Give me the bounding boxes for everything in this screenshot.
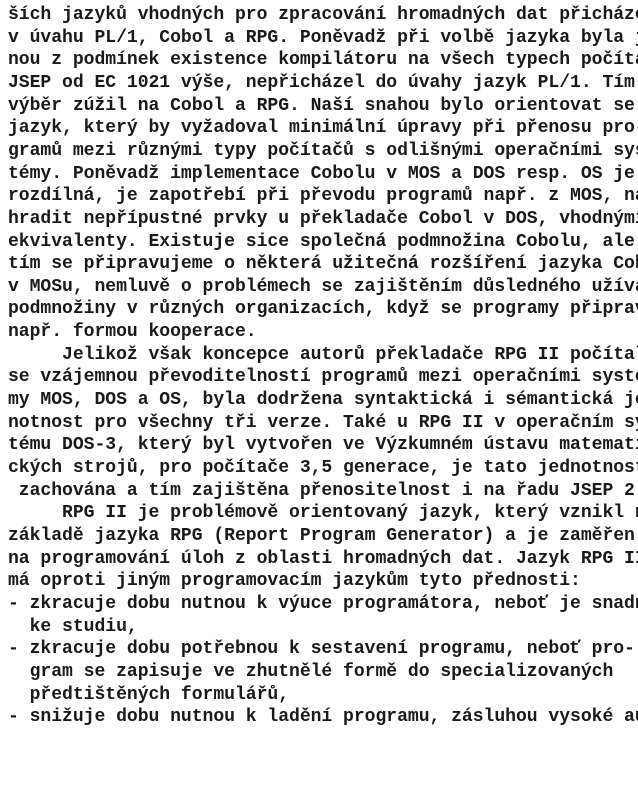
text-line: gramů mezi různými typy počítačů s odliš… (8, 140, 638, 162)
text-line: tím se připravujeme o některá užitečná r… (8, 253, 638, 275)
text-line: nou z podmínek existence kompilátoru na … (8, 49, 638, 71)
text-line: rozdílná, je zapotřebí při převodu progr… (8, 185, 638, 207)
text-line: na programování úloh z oblasti hromadnýc… (8, 548, 638, 570)
typewritten-page: ších jazyků vhodných pro zpracování hrom… (0, 0, 638, 795)
text-line: v MOSu, nemluvě o problémech se zajištěn… (8, 276, 638, 298)
text-line: zachována a tím zajištěna přenositelnost… (8, 480, 638, 502)
text-line: JSEP od EC 1021 výše, nepřicházel do úva… (8, 72, 638, 94)
text-line: v úvahu PL/1, Cobol a RPG. Poněvadž při … (8, 27, 638, 49)
list-line: předtištěných formulářů, (8, 684, 289, 706)
text-line: má oproti jiným programovacím jazykům ty… (8, 570, 581, 592)
list-line: ke studiu, (8, 616, 138, 638)
text-line: tému DOS-3, který byl vytvořen ve Výzkum… (8, 434, 638, 456)
text-line: RPG II je problémově orientovaný jazyk, … (8, 502, 638, 524)
text-line: podmnožiny v různých organizacích, když … (8, 298, 638, 320)
text-line: výběr zúžil na Cobol a RPG. Naší snahou … (8, 95, 638, 117)
list-line: gram se zapisuje ve zhutnělé formě do sp… (8, 661, 613, 683)
text-line: se vzájemnou převoditelností programů me… (8, 366, 638, 388)
text-line: hradit nepřípustné prvky u překladače Co… (8, 208, 638, 230)
text-line: my MOS, DOS a OS, byla dodržena syntakti… (8, 389, 638, 411)
text-line: témy. Poněvadž implementace Cobolu v MOS… (8, 163, 635, 185)
text-line: např. formou kooperace. (8, 321, 257, 343)
text-line: Jelikož však koncepce autorů překladače … (8, 344, 638, 366)
text-line: jazyk, který by vyžadoval minimální úpra… (8, 117, 638, 139)
text-line: ckých strojů, pro počítače 3,5 generace,… (8, 457, 638, 479)
list-line: - zkracuje dobu potřebnou k sestavení pr… (8, 638, 635, 660)
list-line: - zkracuje dobu nutnou k výuce programát… (8, 593, 638, 615)
text-line: ších jazyků vhodných pro zpracování hrom… (8, 4, 638, 26)
list-line: - snižuje dobu nutnou k ladění programu,… (8, 706, 638, 728)
text-line: notnost pro všechny tři verze. Také u RP… (8, 412, 638, 434)
text-line: základě jazyka RPG (Report Program Gener… (8, 525, 635, 547)
text-line: ekvivalenty. Existuje sice společná podm… (8, 231, 635, 253)
